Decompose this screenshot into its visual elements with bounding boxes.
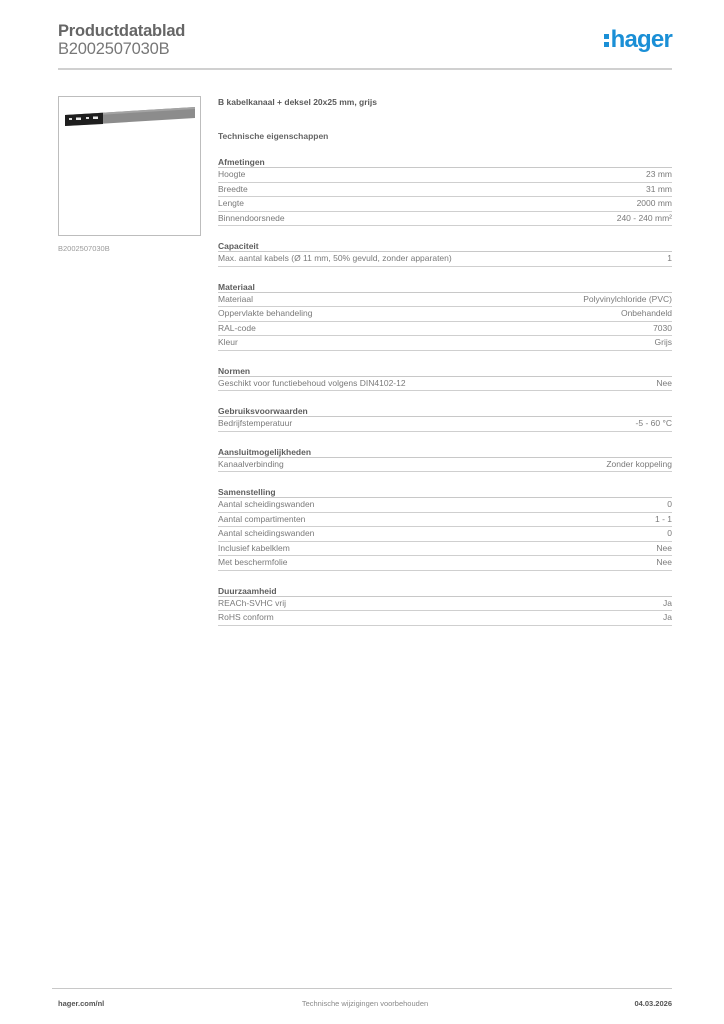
specification-sections: AfmetingenHoogte23 mmBreedte31 mmLengte2… (218, 156, 672, 626)
spec-section: SamenstellingAantal scheidingswanden0Aan… (218, 486, 672, 571)
spec-value: 0 (667, 498, 672, 512)
spec-row: Aantal compartimenten1 - 1 (218, 513, 672, 528)
spec-label: Binnendoorsnede (218, 212, 285, 226)
section-heading: Afmetingen (218, 156, 672, 168)
spec-row: KanaalverbindingZonder koppeling (218, 458, 672, 473)
spec-label: Kanaalverbinding (218, 458, 284, 472)
spec-label: Breedte (218, 183, 248, 197)
spec-row: Max. aantal kabels (Ø 11 mm, 50% gevuld,… (218, 252, 672, 267)
spec-row: Bedrijfstemperatuur-5 - 60 °C (218, 417, 672, 432)
spec-value: 240 - 240 mm² (617, 212, 672, 226)
spec-row: Aantal scheidingswanden0 (218, 498, 672, 513)
spec-label: Inclusief kabelklem (218, 542, 290, 556)
spec-row: MateriaalPolyvinylchloride (PVC) (218, 293, 672, 308)
spec-value: Polyvinylchloride (PVC) (583, 293, 672, 307)
spec-value: 1 - 1 (655, 513, 672, 527)
spec-section: GebruiksvoorwaardenBedrijfstemperatuur-5… (218, 405, 672, 432)
image-caption: B2002507030B (58, 244, 110, 253)
logo-text: hager (611, 26, 672, 53)
spec-section: AansluitmogelijkhedenKanaalverbindingZon… (218, 446, 672, 473)
spec-row: Binnendoorsnede240 - 240 mm² (218, 212, 672, 227)
spec-label: Met beschermfolie (218, 556, 287, 570)
spec-value: Nee (656, 542, 672, 556)
technical-properties-title: Technische eigenschappen (218, 130, 672, 142)
spec-label: RAL-code (218, 322, 256, 336)
spec-row: Breedte31 mm (218, 183, 672, 198)
spec-row: Oppervlakte behandelingOnbehandeld (218, 307, 672, 322)
section-heading: Samenstelling (218, 486, 672, 498)
product-image-frame (58, 96, 201, 236)
logo-colon-icon (604, 32, 609, 48)
cable-duct-image (63, 105, 197, 127)
footer-date: 04.03.2026 (634, 999, 672, 1008)
spec-label: Aantal scheidingswanden (218, 498, 314, 512)
section-heading: Materiaal (218, 281, 672, 293)
product-name: B kabelkanaal + deksel 20x25 mm, grijs (218, 96, 672, 108)
spec-value: Ja (663, 611, 672, 625)
spec-section: CapaciteitMax. aantal kabels (Ø 11 mm, 5… (218, 240, 672, 267)
spec-row: Hoogte23 mm (218, 168, 672, 183)
spec-row: Met beschermfolieNee (218, 556, 672, 571)
spec-row: Geschikt voor functiebehoud volgens DIN4… (218, 377, 672, 392)
section-heading: Duurzaamheid (218, 585, 672, 597)
spec-label: Kleur (218, 336, 238, 350)
product-details: B kabelkanaal + deksel 20x25 mm, grijs T… (218, 96, 672, 626)
spec-label: Geschikt voor functiebehoud volgens DIN4… (218, 377, 406, 391)
spec-section: DuurzaamheidREACh-SVHC vrijJaRoHS confor… (218, 585, 672, 626)
footer-divider (52, 988, 672, 989)
spec-section: NormenGeschikt voor functiebehoud volgen… (218, 365, 672, 392)
spec-row: Lengte2000 mm (218, 197, 672, 212)
spec-value: 2000 mm (637, 197, 672, 211)
spec-row: REACh-SVHC vrijJa (218, 597, 672, 612)
page-header: Productdatablad B2002507030B hager (58, 22, 672, 70)
section-heading: Aansluitmogelijkheden (218, 446, 672, 458)
spec-value: Ja (663, 597, 672, 611)
spec-value: Zonder koppeling (606, 458, 672, 472)
section-heading: Gebruiksvoorwaarden (218, 405, 672, 417)
spec-label: Lengte (218, 197, 244, 211)
spec-row: Aantal scheidingswanden0 (218, 527, 672, 542)
section-heading: Capaciteit (218, 240, 672, 252)
spec-value: 1 (667, 252, 672, 266)
spec-section: MateriaalMateriaalPolyvinylchloride (PVC… (218, 281, 672, 351)
section-heading: Normen (218, 365, 672, 377)
spec-label: Max. aantal kabels (Ø 11 mm, 50% gevuld,… (218, 252, 452, 266)
spec-label: Oppervlakte behandeling (218, 307, 313, 321)
hager-logo: hager (604, 26, 672, 54)
spec-value: Nee (656, 377, 672, 391)
spec-value: 0 (667, 527, 672, 541)
spec-value: 23 mm (646, 168, 672, 182)
spec-value: -5 - 60 °C (636, 417, 672, 431)
spec-label: REACh-SVHC vrij (218, 597, 286, 611)
spec-label: Materiaal (218, 293, 253, 307)
spec-value: Onbehandeld (621, 307, 672, 321)
spec-row: KleurGrijs (218, 336, 672, 351)
spec-label: Aantal scheidingswanden (218, 527, 314, 541)
spec-row: RoHS conformJa (218, 611, 672, 626)
spec-value: 31 mm (646, 183, 672, 197)
spec-row: RAL-code7030 (218, 322, 672, 337)
page-footer: hager.com/nl Technische wijzigingen voor… (58, 999, 672, 1011)
spec-label: Hoogte (218, 168, 245, 182)
spec-section: AfmetingenHoogte23 mmBreedte31 mmLengte2… (218, 156, 672, 226)
spec-row: Inclusief kabelklemNee (218, 542, 672, 557)
spec-value: Grijs (655, 336, 672, 350)
product-code: B2002507030B (58, 40, 169, 59)
spec-label: Bedrijfstemperatuur (218, 417, 292, 431)
spec-value: 7030 (653, 322, 672, 336)
header-divider (58, 68, 672, 70)
spec-label: Aantal compartimenten (218, 513, 305, 527)
spec-value: Nee (656, 556, 672, 570)
spec-label: RoHS conform (218, 611, 274, 625)
footer-notice: Technische wijzigingen voorbehouden (58, 999, 672, 1008)
document-title: Productdatablad (58, 22, 185, 41)
